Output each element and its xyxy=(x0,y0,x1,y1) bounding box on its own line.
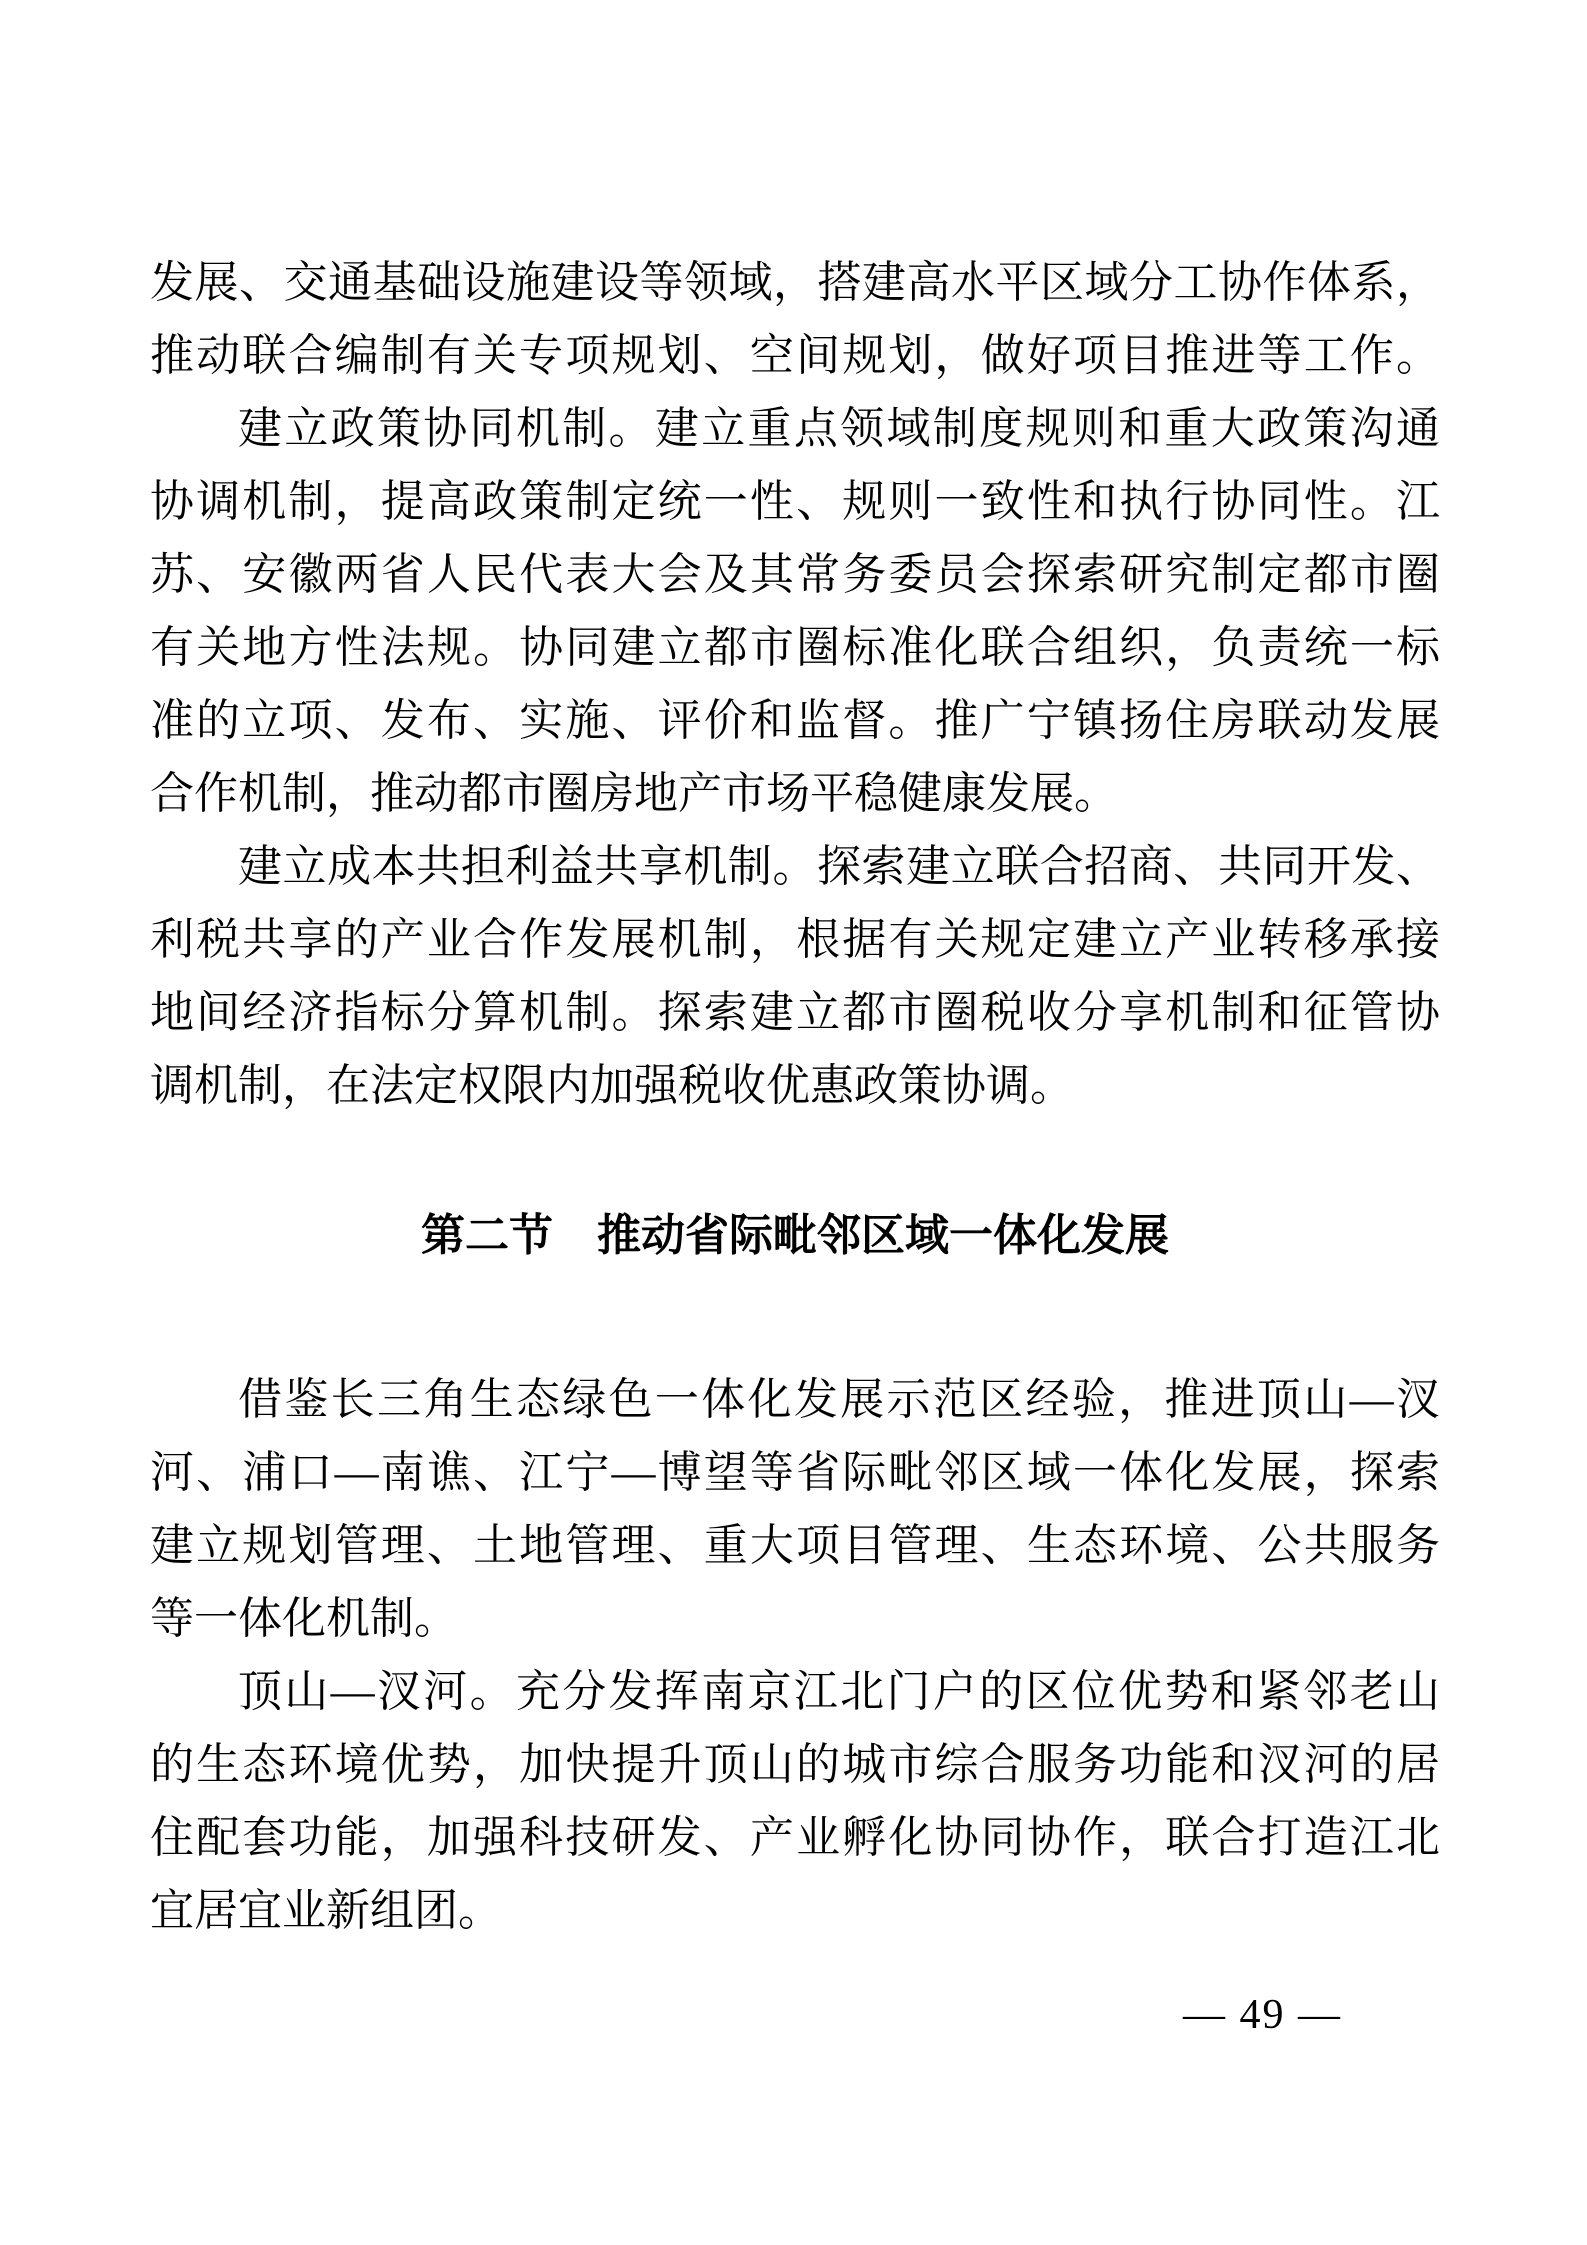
text-line: 顶山—汊河。充分发挥南京江北门户的区位优势和紧邻老山 xyxy=(150,1655,1440,1728)
paragraph: 建立成本共担利益共享机制。探索建立联合招商、共同开发、利税共享的产业合作发展机制… xyxy=(150,830,1440,1122)
text-line: 协调机制，提高政策制定统一性、规则一致性和执行协同性。江 xyxy=(150,465,1440,538)
text-line: 建立政策协同机制。建立重点领域制度规则和重大政策沟通 xyxy=(150,392,1440,465)
paragraph: 建立政策协同机制。建立重点领域制度规则和重大政策沟通协调机制，提高政策制定统一性… xyxy=(150,392,1440,830)
text-line: 的生态环境优势，加快提升顶山的城市综合服务功能和汊河的居 xyxy=(150,1728,1440,1801)
text-line: 等一体化机制。 xyxy=(150,1582,1440,1655)
text-line: 河、浦口—南谯、江宁—博望等省际毗邻区域一体化发展，探索 xyxy=(150,1436,1440,1509)
text-line: 建立规划管理、土地管理、重大项目管理、生态环境、公共服务 xyxy=(150,1509,1440,1582)
section-heading: 第二节 推动省际毗邻区域一体化发展 xyxy=(150,1199,1440,1272)
page-number: — 49 — xyxy=(1183,1992,1342,2038)
document-page: 发展、交通基础设施建设等领域，搭建高水平区域分工协作体系，推动联合编制有关专项规… xyxy=(0,0,1587,2245)
paragraph: 顶山—汊河。充分发挥南京江北门户的区位优势和紧邻老山的生态环境优势，加快提升顶山… xyxy=(150,1655,1440,1947)
page-footer: — 49 — xyxy=(150,1979,1440,2052)
text-line: 宜居宜业新组团。 xyxy=(150,1874,1440,1947)
text-line: 地间经济指标分算机制。探索建立都市圈税收分享机制和征管协 xyxy=(150,976,1440,1049)
document-body: 发展、交通基础设施建设等领域，搭建高水平区域分工协作体系，推动联合编制有关专项规… xyxy=(150,246,1440,1947)
text-line: 建立成本共担利益共享机制。探索建立联合招商、共同开发、 xyxy=(150,830,1440,903)
text-line: 苏、安徽两省人民代表大会及其常务委员会探索研究制定都市圈 xyxy=(150,538,1440,611)
text-line: 有关地方性法规。协同建立都市圈标准化联合组织，负责统一标 xyxy=(150,611,1440,684)
paragraph: 发展、交通基础设施建设等领域，搭建高水平区域分工协作体系，推动联合编制有关专项规… xyxy=(150,246,1440,392)
text-line: 准的立项、发布、实施、评价和监督。推广宁镇扬住房联动发展 xyxy=(150,684,1440,757)
paragraph: 借鉴长三角生态绿色一体化发展示范区经验，推进顶山—汊河、浦口—南谯、江宁—博望等… xyxy=(150,1363,1440,1655)
text-line: 推动联合编制有关专项规划、空间规划，做好项目推进等工作。 xyxy=(150,319,1440,392)
text-line: 调机制，在法定权限内加强税收优惠政策协调。 xyxy=(150,1049,1440,1122)
text-line: 住配套功能，加强科技研发、产业孵化协同协作，联合打造江北 xyxy=(150,1801,1440,1874)
text-line: 合作机制，推动都市圈房地产市场平稳健康发展。 xyxy=(150,757,1440,830)
text-line: 借鉴长三角生态绿色一体化发展示范区经验，推进顶山—汊 xyxy=(150,1363,1440,1436)
text-line: 利税共享的产业合作发展机制，根据有关规定建立产业转移承接 xyxy=(150,903,1440,976)
text-line: 发展、交通基础设施建设等领域，搭建高水平区域分工协作体系， xyxy=(150,246,1440,319)
